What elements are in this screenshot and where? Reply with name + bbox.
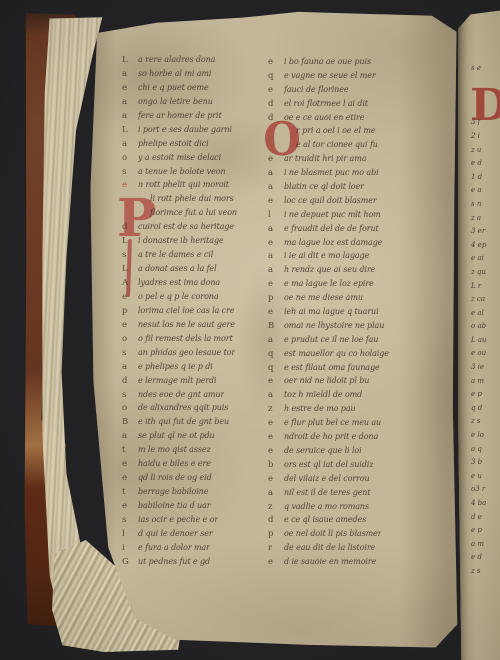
- line-initial: d: [122, 376, 138, 386]
- line-text: ongo la letire benu: [138, 97, 213, 106]
- verse-line: endroit de ho prit e dona: [268, 432, 460, 446]
- facing-fragment: 3 b: [458, 458, 500, 472]
- facing-fragment: [458, 581, 500, 595]
- line-initial: a: [268, 224, 284, 234]
- facing-fragment: z qu: [458, 268, 500, 282]
- line-text: qd li rois de og eid: [138, 473, 212, 482]
- line-initial: e: [268, 376, 284, 386]
- line-initial: B: [122, 417, 138, 427]
- line-text: h estre de mo pau: [284, 404, 356, 413]
- line-initial: b: [268, 460, 284, 470]
- verse-line: atoz h mieldl de omd: [268, 390, 460, 404]
- facing-fragment: [458, 105, 500, 119]
- line-initial: e: [268, 154, 284, 164]
- facing-fragment: 1 d: [458, 173, 500, 187]
- line-initial: d: [122, 222, 138, 232]
- verse-line: ablatin ce ql doit loer: [268, 182, 460, 196]
- line-initial: e: [122, 459, 138, 469]
- facing-fragment: e ai: [458, 254, 500, 268]
- verse-line: ae fraudit del de de forut: [268, 224, 460, 238]
- line-initial: e: [268, 196, 284, 206]
- line-initial: t: [122, 487, 138, 497]
- line-initial: a: [122, 139, 138, 149]
- line-initial: s: [122, 390, 138, 400]
- verse-line: doe e ce auoi en etire: [268, 113, 460, 127]
- line-initial: e: [268, 418, 284, 428]
- verse-line: ai ne blasmet puc mo abi: [268, 168, 460, 182]
- line-initial: e: [122, 83, 138, 93]
- line-initial: d: [268, 113, 284, 123]
- line-text: e lermage mlt perdi: [138, 376, 217, 385]
- line-text: i ne blasmet puc mo abi: [284, 168, 379, 177]
- facing-fragment: a m: [458, 377, 500, 391]
- line-text: berrage babiloine: [138, 487, 208, 496]
- line-text: nesut los ne le saut gere: [138, 320, 235, 329]
- line-initial: d: [268, 99, 284, 109]
- verse-line: poe nel doit li pis blasmer: [268, 529, 460, 543]
- facing-fragment: [458, 91, 500, 105]
- line-text: el roi flotrmee l ai dit: [284, 99, 368, 108]
- verse-line: ear truidit hri pir ama: [268, 154, 460, 168]
- facing-fragment: s e: [458, 64, 500, 78]
- manuscript-photo: P O La rere aladres donaaso horbe al mi …: [0, 0, 500, 660]
- line-initial: a: [122, 97, 138, 107]
- line-text: cuiroi est de sa heritage: [138, 222, 234, 231]
- line-text: ar truidit hri pir ama: [284, 154, 366, 163]
- verse-line: r pri a oel i oe el me: [268, 126, 460, 140]
- facing-fragment: L r: [458, 282, 500, 296]
- line-initial: o: [122, 153, 138, 163]
- text-column-right: ei bo fauna ae oue puisqe vagne ne seue …: [268, 57, 460, 571]
- line-text: h rendz que ai seu dire: [284, 265, 375, 274]
- line-text: n rott phelit qui moroit: [138, 180, 229, 189]
- line-text: toz h mieldl de omd: [284, 390, 362, 399]
- line-initial: l: [268, 210, 284, 220]
- facing-fragment: e lo: [458, 431, 500, 445]
- line-text: ors est ql iat del suidiz: [284, 460, 373, 469]
- line-initial: a: [268, 182, 284, 192]
- facing-fragment: 2 i: [458, 132, 500, 146]
- line-initial: e: [268, 279, 284, 289]
- line-initial: p: [122, 306, 138, 316]
- line-initial: e: [268, 238, 284, 248]
- line-text: y a estoit mise delaci: [138, 153, 221, 162]
- facing-fragment: e p: [458, 390, 500, 404]
- verse-line: eloc ce quil doit blasmer: [268, 196, 460, 210]
- line-initial: p: [268, 293, 284, 303]
- verse-line: eieh ai ma lague q tuarui: [268, 307, 460, 321]
- line-initial: s: [122, 250, 138, 260]
- line-initial: e: [268, 85, 284, 95]
- line-text: loc ce quil doit blasmer: [284, 196, 377, 205]
- line-text: a donat ases a la fel: [138, 264, 217, 273]
- line-initial: s: [122, 515, 138, 525]
- line-text: m le mo qist assez: [138, 445, 211, 454]
- line-initial: e: [268, 474, 284, 484]
- line-text: a tre le dames e cil: [138, 250, 213, 259]
- verse-line: de ce ql isaue amedes: [268, 515, 460, 529]
- line-text: ieh ai ma lague q tuarui: [284, 307, 379, 316]
- facing-fragment: z s: [458, 567, 500, 581]
- facing-fragment: [458, 78, 500, 92]
- verse-line: zh estre de mo pau: [268, 404, 460, 418]
- facing-fragment: 3 f: [458, 118, 500, 132]
- verse-line: Bomai ne lhystoire ne plau: [268, 321, 460, 335]
- line-initial: a: [268, 168, 284, 178]
- verse-line: ema lague loz est damage: [268, 238, 460, 252]
- verse-line: efauci de florinee: [268, 85, 460, 99]
- verse-line: ah rendz que ai seu dire: [268, 265, 460, 279]
- line-initial: p: [268, 529, 284, 539]
- line-text: d ie sauoie en memoire: [284, 557, 376, 566]
- line-text: ut pednes fut e gd: [138, 557, 210, 566]
- line-text: lyadres est ima dona: [138, 278, 220, 287]
- facing-fragment: d e: [458, 513, 500, 527]
- line-text: est mauellor qu co holaige: [284, 349, 389, 358]
- line-text: e prudut ce il ne loe fau: [284, 335, 378, 344]
- line-initial: e: [122, 180, 138, 190]
- line-text: babiloine tia d uar: [138, 501, 211, 510]
- line-text: o pel e q p le corona: [138, 292, 219, 301]
- line-initial: A: [122, 278, 138, 288]
- facing-fragment: e p: [458, 526, 500, 540]
- line-text: ndroit de ho prit e dona: [284, 432, 378, 441]
- facing-fragment: a q: [458, 445, 500, 459]
- line-initial: t: [122, 445, 138, 455]
- line-text: oe e ce auoi en etire: [284, 113, 364, 122]
- line-initial: L: [122, 55, 138, 65]
- facing-fragment: q d: [458, 404, 500, 418]
- line-initial: e: [268, 307, 284, 317]
- line-initial: G: [122, 557, 138, 567]
- line-text: nil est il de teres gent: [284, 488, 370, 497]
- verse-line: li ne depuet puc mlt hom: [268, 210, 460, 224]
- line-text: e ith qui fut de gnt beu: [138, 417, 229, 426]
- line-initial: L: [122, 264, 138, 274]
- line-text: a tenue le bolote veon: [138, 167, 226, 176]
- line-text: de eau dit de la listoire: [284, 543, 375, 552]
- line-text: e flur plut bel ce meu au: [284, 418, 381, 427]
- facing-fragment: 4 ep: [458, 241, 500, 255]
- line-initial: q: [268, 349, 284, 359]
- verse-line: qe vagne ne seue el mer: [268, 71, 460, 85]
- verse-line: ede seruice que li loi: [268, 446, 460, 460]
- facing-fragment: 3 er: [458, 227, 500, 241]
- line-text: e vagne ne seue el mer: [284, 71, 376, 80]
- line-text: i ne depuet puc mlt hom: [284, 210, 381, 219]
- line-initial: a: [268, 265, 284, 275]
- facing-fragment: e u: [458, 472, 500, 486]
- verse-line: zq vadlie a mo romans: [268, 502, 460, 516]
- line-initial: L: [122, 125, 138, 135]
- line-text: blatin ce ql doit loer: [284, 182, 364, 191]
- line-text: o fil remest dels la mort: [138, 334, 233, 343]
- line-initial: i: [122, 543, 138, 553]
- facing-fragment: e a: [458, 186, 500, 200]
- line-text: ma lague loz est damage: [284, 238, 382, 247]
- facing-fragment: e al: [458, 309, 500, 323]
- line-initial: o: [122, 334, 138, 344]
- line-text: e fura a dolor mar: [138, 543, 210, 552]
- line-text: r pri a oel i oe el me: [284, 126, 376, 135]
- facing-fragment: 4 ba: [458, 499, 500, 513]
- line-initial: q: [268, 363, 284, 373]
- line-initial: d: [268, 515, 284, 525]
- line-initial: L: [122, 236, 138, 246]
- line-initial: r: [268, 543, 284, 553]
- facing-page-fragments: s e3 f2 iz ue d1 de as nz a3 er4 epe aiz…: [458, 64, 500, 608]
- line-initial: a: [122, 111, 138, 121]
- verse-line: ae prudut ce il ne loe fau: [268, 335, 460, 349]
- line-text: haidu e biles e ere: [138, 459, 211, 468]
- verse-line: rde eau dit de la listoire: [268, 543, 460, 557]
- line-initial: s: [122, 348, 138, 358]
- facing-fragment: z u: [458, 146, 500, 160]
- line-text: oer nid ne lidoit pl bu: [284, 376, 369, 385]
- facing-fragment: z ca: [458, 295, 500, 309]
- facing-fragment: [458, 594, 500, 608]
- verse-line: ee flur plut bel ce meu au: [268, 418, 460, 432]
- line-initial: e: [122, 320, 138, 330]
- line-initial: a: [122, 69, 138, 79]
- line-text: q vadlie a mo romans: [284, 502, 369, 511]
- line-text: de alixandres qqit puis: [138, 403, 228, 412]
- verse-line: edel vilaiz e del corrou: [268, 474, 460, 488]
- line-initial: z: [268, 404, 284, 414]
- line-text: i bo fauna ae oue puis: [284, 57, 371, 66]
- facing-fragment: o ab: [458, 322, 500, 336]
- line-initial: e: [268, 57, 284, 67]
- facing-fragment: e d: [458, 159, 500, 173]
- line-text: li rott phele dui mors: [138, 194, 234, 203]
- line-initial: e: [122, 473, 138, 483]
- verse-line: ee ma lague le loz epire: [268, 279, 460, 293]
- line-text: phelipe estoit dici: [138, 139, 209, 148]
- line-initial: l: [122, 529, 138, 539]
- line-initial: z: [268, 502, 284, 512]
- line-initial: e: [122, 501, 138, 511]
- line-initial: a: [122, 431, 138, 441]
- facing-fragment: z s: [458, 417, 500, 431]
- line-text: florimce fut a lui veon: [138, 208, 237, 217]
- line-text: oe nel doit li pis blasmer: [284, 529, 381, 538]
- line-text: e ce ql isaue amedes: [284, 515, 366, 524]
- line-text: i donastre ib heritage: [138, 236, 224, 245]
- verse-line: qest mauellor qu co holaige: [268, 349, 460, 363]
- line-initial: e: [122, 292, 138, 302]
- facing-fragment: o3 r: [458, 485, 500, 499]
- line-initial: a: [122, 362, 138, 372]
- verse-line: anil est il de teres gent: [268, 488, 460, 502]
- line-text: omai ne lhystoire ne plau: [284, 321, 384, 330]
- verse-line: ed ie sauoie en memoire: [268, 557, 460, 571]
- line-initial: a: [268, 335, 284, 345]
- line-initial: B: [268, 321, 284, 331]
- line-initial: q: [268, 71, 284, 81]
- line-text: a rere aladres dona: [138, 55, 215, 64]
- line-text: so horbe al mi ami: [138, 69, 211, 78]
- verse-line: e al tor cionee qui fu: [268, 140, 460, 154]
- line-text: ias ocir e peche e or: [138, 515, 218, 524]
- line-initial: e: [268, 432, 284, 442]
- line-initial: a: [268, 390, 284, 400]
- line-text: ndes eoe de gnt amur: [138, 390, 224, 399]
- line-initial: o: [122, 403, 138, 413]
- verse-line: ai ie ai dit e mo lagage: [268, 251, 460, 265]
- line-initial: a: [268, 488, 284, 498]
- line-initial: e: [268, 446, 284, 456]
- line-text: i ie ai dit e mo lagage: [284, 251, 369, 260]
- line-text: e al tor cionee qui fu: [284, 140, 378, 149]
- facing-fragment: e ou: [458, 349, 500, 363]
- line-text: se plut ql ne ot pdu: [138, 431, 215, 440]
- line-initial: a: [268, 251, 284, 261]
- line-text: e ma lague le loz epire: [284, 279, 374, 288]
- line-text: an phidas geo lesaue tor: [138, 348, 235, 357]
- line-text: de seruice que li loi: [284, 446, 362, 455]
- line-text: del vilaiz e del corrou: [284, 474, 370, 483]
- line-text: fauci de florinee: [284, 85, 349, 94]
- line-text: lorima ciel loe cas la cre: [138, 306, 234, 315]
- line-text: i port e ses daube garni: [138, 125, 232, 134]
- line-text: e fraudit del de de forut: [284, 224, 379, 233]
- line-text: oe ne me diese amu: [284, 293, 363, 302]
- line-initial: s: [122, 167, 138, 177]
- verse-line: del roi flotrmee l ai dit: [268, 99, 460, 113]
- verse-line: ei bo fauna ae oue puis: [268, 57, 460, 71]
- verse-line: eoer nid ne lidoit pl bu: [268, 376, 460, 390]
- verse-line: qe est filaut oma faunage: [268, 363, 460, 377]
- facing-page-strip: D s e3 f2 iz ue d1 de as nz a3 er4 epe a…: [458, 8, 500, 660]
- line-text: fere ar homer de prit: [138, 111, 222, 120]
- facing-fragment: e d: [458, 553, 500, 567]
- line-text: e est filaut oma faunage: [284, 363, 380, 372]
- facing-fragment: s n: [458, 200, 500, 214]
- verse-line: bors est ql iat del suidiz: [268, 460, 460, 474]
- facing-fragment: 3 ie: [458, 363, 500, 377]
- facing-fragment: L au: [458, 336, 500, 350]
- line-text: d qui le denoer ser: [138, 529, 213, 538]
- line-text: e phelipes q ie p di: [138, 362, 213, 371]
- facing-fragment: a m: [458, 540, 500, 554]
- facing-fragment: z a: [458, 214, 500, 228]
- line-initial: e: [268, 557, 284, 567]
- verse-line: poe ne me diese amu: [268, 293, 460, 307]
- line-text: chi e q puet oeme: [138, 83, 209, 92]
